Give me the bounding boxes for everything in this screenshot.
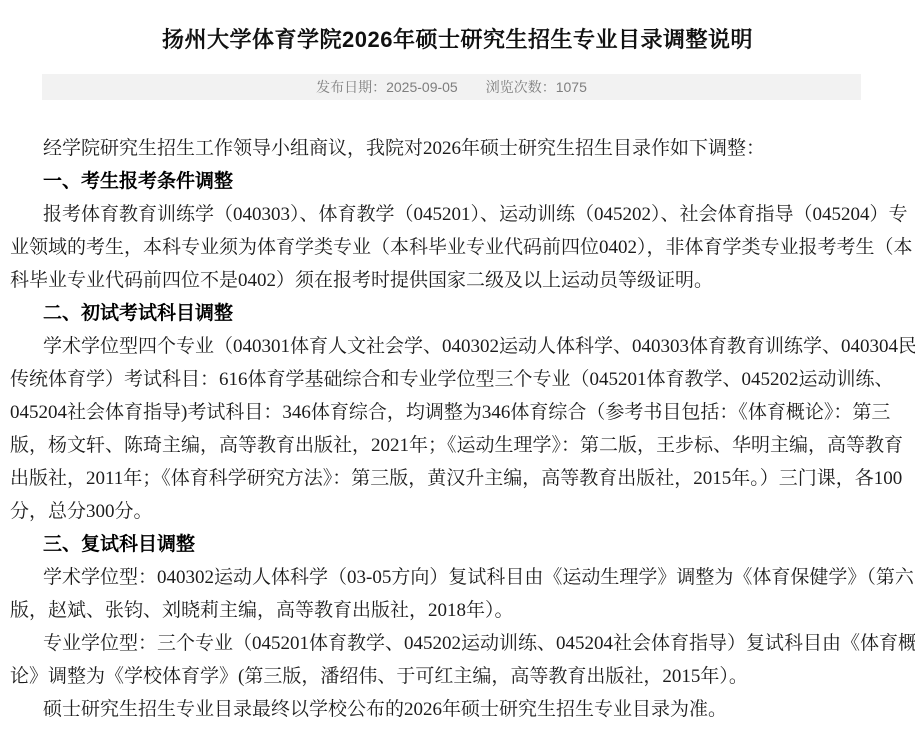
paragraph-line: 出版社，2011年；《体育科学研究方法》：第三版，黄汉升主编，高等教育出版社，2…	[10, 462, 890, 495]
paragraph-line: 论》调整为《学校体育学》(第三版，潘绍伟、于可红主编，高等教育出版社，2015年…	[10, 660, 890, 693]
paragraph-line: 学术学位型：040302运动人体科学（03-05方向）复试科目由《运动生理学》调…	[10, 561, 890, 594]
paragraph-line: 专业学位型：三个专业（045201体育教学、045202运动训练、045204社…	[10, 627, 890, 660]
publish-date-label: 发布日期：	[316, 79, 386, 95]
paragraph-line: 经学院研究生招生工作领导小组商议，我院对2026年硕士研究生招生目录作如下调整：	[10, 132, 890, 165]
paragraph-line: 学术学位型四个专业（040301体育人文社会学、040302运动人体科学、040…	[10, 330, 890, 363]
view-count-value: 1075	[556, 79, 587, 95]
paragraph-line: 硕士研究生招生专业目录最终以学校公布的2026年硕士研究生招生专业目录为准。	[10, 693, 890, 726]
page-title: 扬州大学体育学院2026年硕士研究生招生专业目录调整说明	[0, 0, 915, 55]
paragraph-line: 传统体育学）考试科目：616体育学基础综合和专业学位型三个专业（045201体育…	[10, 363, 890, 396]
paragraph-line: 报考体育教育训练学（040303）、体育教学（045201）、运动训练（0452…	[10, 198, 890, 231]
section-heading: 三、复试科目调整	[10, 528, 890, 561]
paragraph-line: 045204社会体育指导)考试科目：346体育综合，均调整为346体育综合（参考…	[10, 396, 890, 429]
paragraph-line: 版，赵斌、张钧、刘晓莉主编，高等教育出版社，2018年）。	[10, 594, 890, 627]
paragraph-line: 分，总分300分。	[10, 495, 890, 528]
publish-date-value: 2025-09-05	[386, 79, 458, 95]
view-count-label: 浏览次数：	[486, 79, 556, 95]
notice-body: 经学院研究生招生工作领导小组商议，我院对2026年硕士研究生招生目录作如下调整：…	[0, 132, 915, 726]
publish-date: 发布日期：2025-09-05	[316, 77, 458, 97]
section-heading: 二、初试考试科目调整	[10, 297, 890, 330]
view-count: 浏览次数：1075	[486, 77, 587, 97]
paragraph-line: 科毕业专业代码前四位不是0402）须在报考时提供国家二级及以上运动员等级证明。	[10, 264, 890, 297]
paragraph-line: 版，杨文轩、陈琦主编，高等教育出版社，2021年；《运动生理学》：第二版，王步标…	[10, 429, 890, 462]
paragraph-line: 业领域的考生，本科专业须为体育学类专业（本科毕业专业代码前四位0402），非体育…	[10, 231, 890, 264]
section-heading: 一、考生报考条件调整	[10, 165, 890, 198]
meta-bar: 发布日期：2025-09-05 浏览次数：1075	[42, 74, 861, 100]
